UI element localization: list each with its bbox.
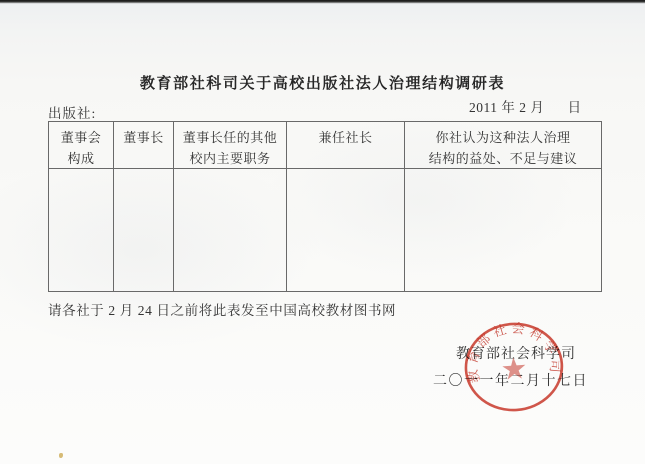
- header-line: [114, 148, 173, 169]
- header-line: 你社认为这种法人治理: [405, 127, 601, 148]
- header-line: 构成: [49, 148, 113, 169]
- official-red-seal: 教育部社会科学司 ★: [458, 316, 570, 419]
- table-header-board-composition: 董事会 构成: [49, 122, 114, 169]
- form-date: 2011 年 2 月 日: [469, 96, 582, 116]
- header-line: 校内主要职务: [174, 148, 286, 169]
- table-header-concurrent-president: 兼任社长: [287, 122, 405, 169]
- scan-speck-artifact: [59, 453, 63, 458]
- table-cell-empty: [174, 169, 287, 291]
- header-line: 结构的益处、不足与建议: [405, 148, 601, 169]
- survey-table: 董事会 构成 董事长 董事长任的其他 校内主要职务 兼任社长 你社认为这种法人治…: [48, 121, 602, 292]
- publisher-label: 出版社:: [48, 102, 96, 122]
- footer-instruction: 请各社于 2 月 24 日之前将此表发至中国高校教材图书网: [48, 299, 396, 319]
- header-line: [287, 148, 404, 169]
- header-line: 董事会: [49, 127, 113, 148]
- scanned-survey-form-page: 教育部社科司关于高校出版社法人治理结构调研表 出版社: 2011 年 2 月 日…: [0, 0, 645, 464]
- table-header-chairman-other-posts: 董事长任的其他 校内主要职务: [174, 122, 287, 169]
- table-cell-empty: [49, 169, 114, 291]
- scan-edge-artifact: [0, 0, 645, 4]
- header-line: 兼任社长: [287, 127, 404, 148]
- page-title: 教育部社科司关于高校出版社法人治理结构调研表: [0, 72, 645, 93]
- header-line: 董事长: [114, 127, 173, 148]
- table-header-opinion: 你社认为这种法人治理 结构的益处、不足与建议: [405, 122, 601, 169]
- table-header-chairman: 董事长: [114, 122, 174, 169]
- table-cell-empty: [287, 169, 405, 291]
- table-cell-empty: [114, 169, 174, 291]
- header-line: 董事长任的其他: [174, 127, 286, 148]
- table-cell-empty: [405, 169, 601, 291]
- seal-star-icon: ★: [499, 351, 528, 388]
